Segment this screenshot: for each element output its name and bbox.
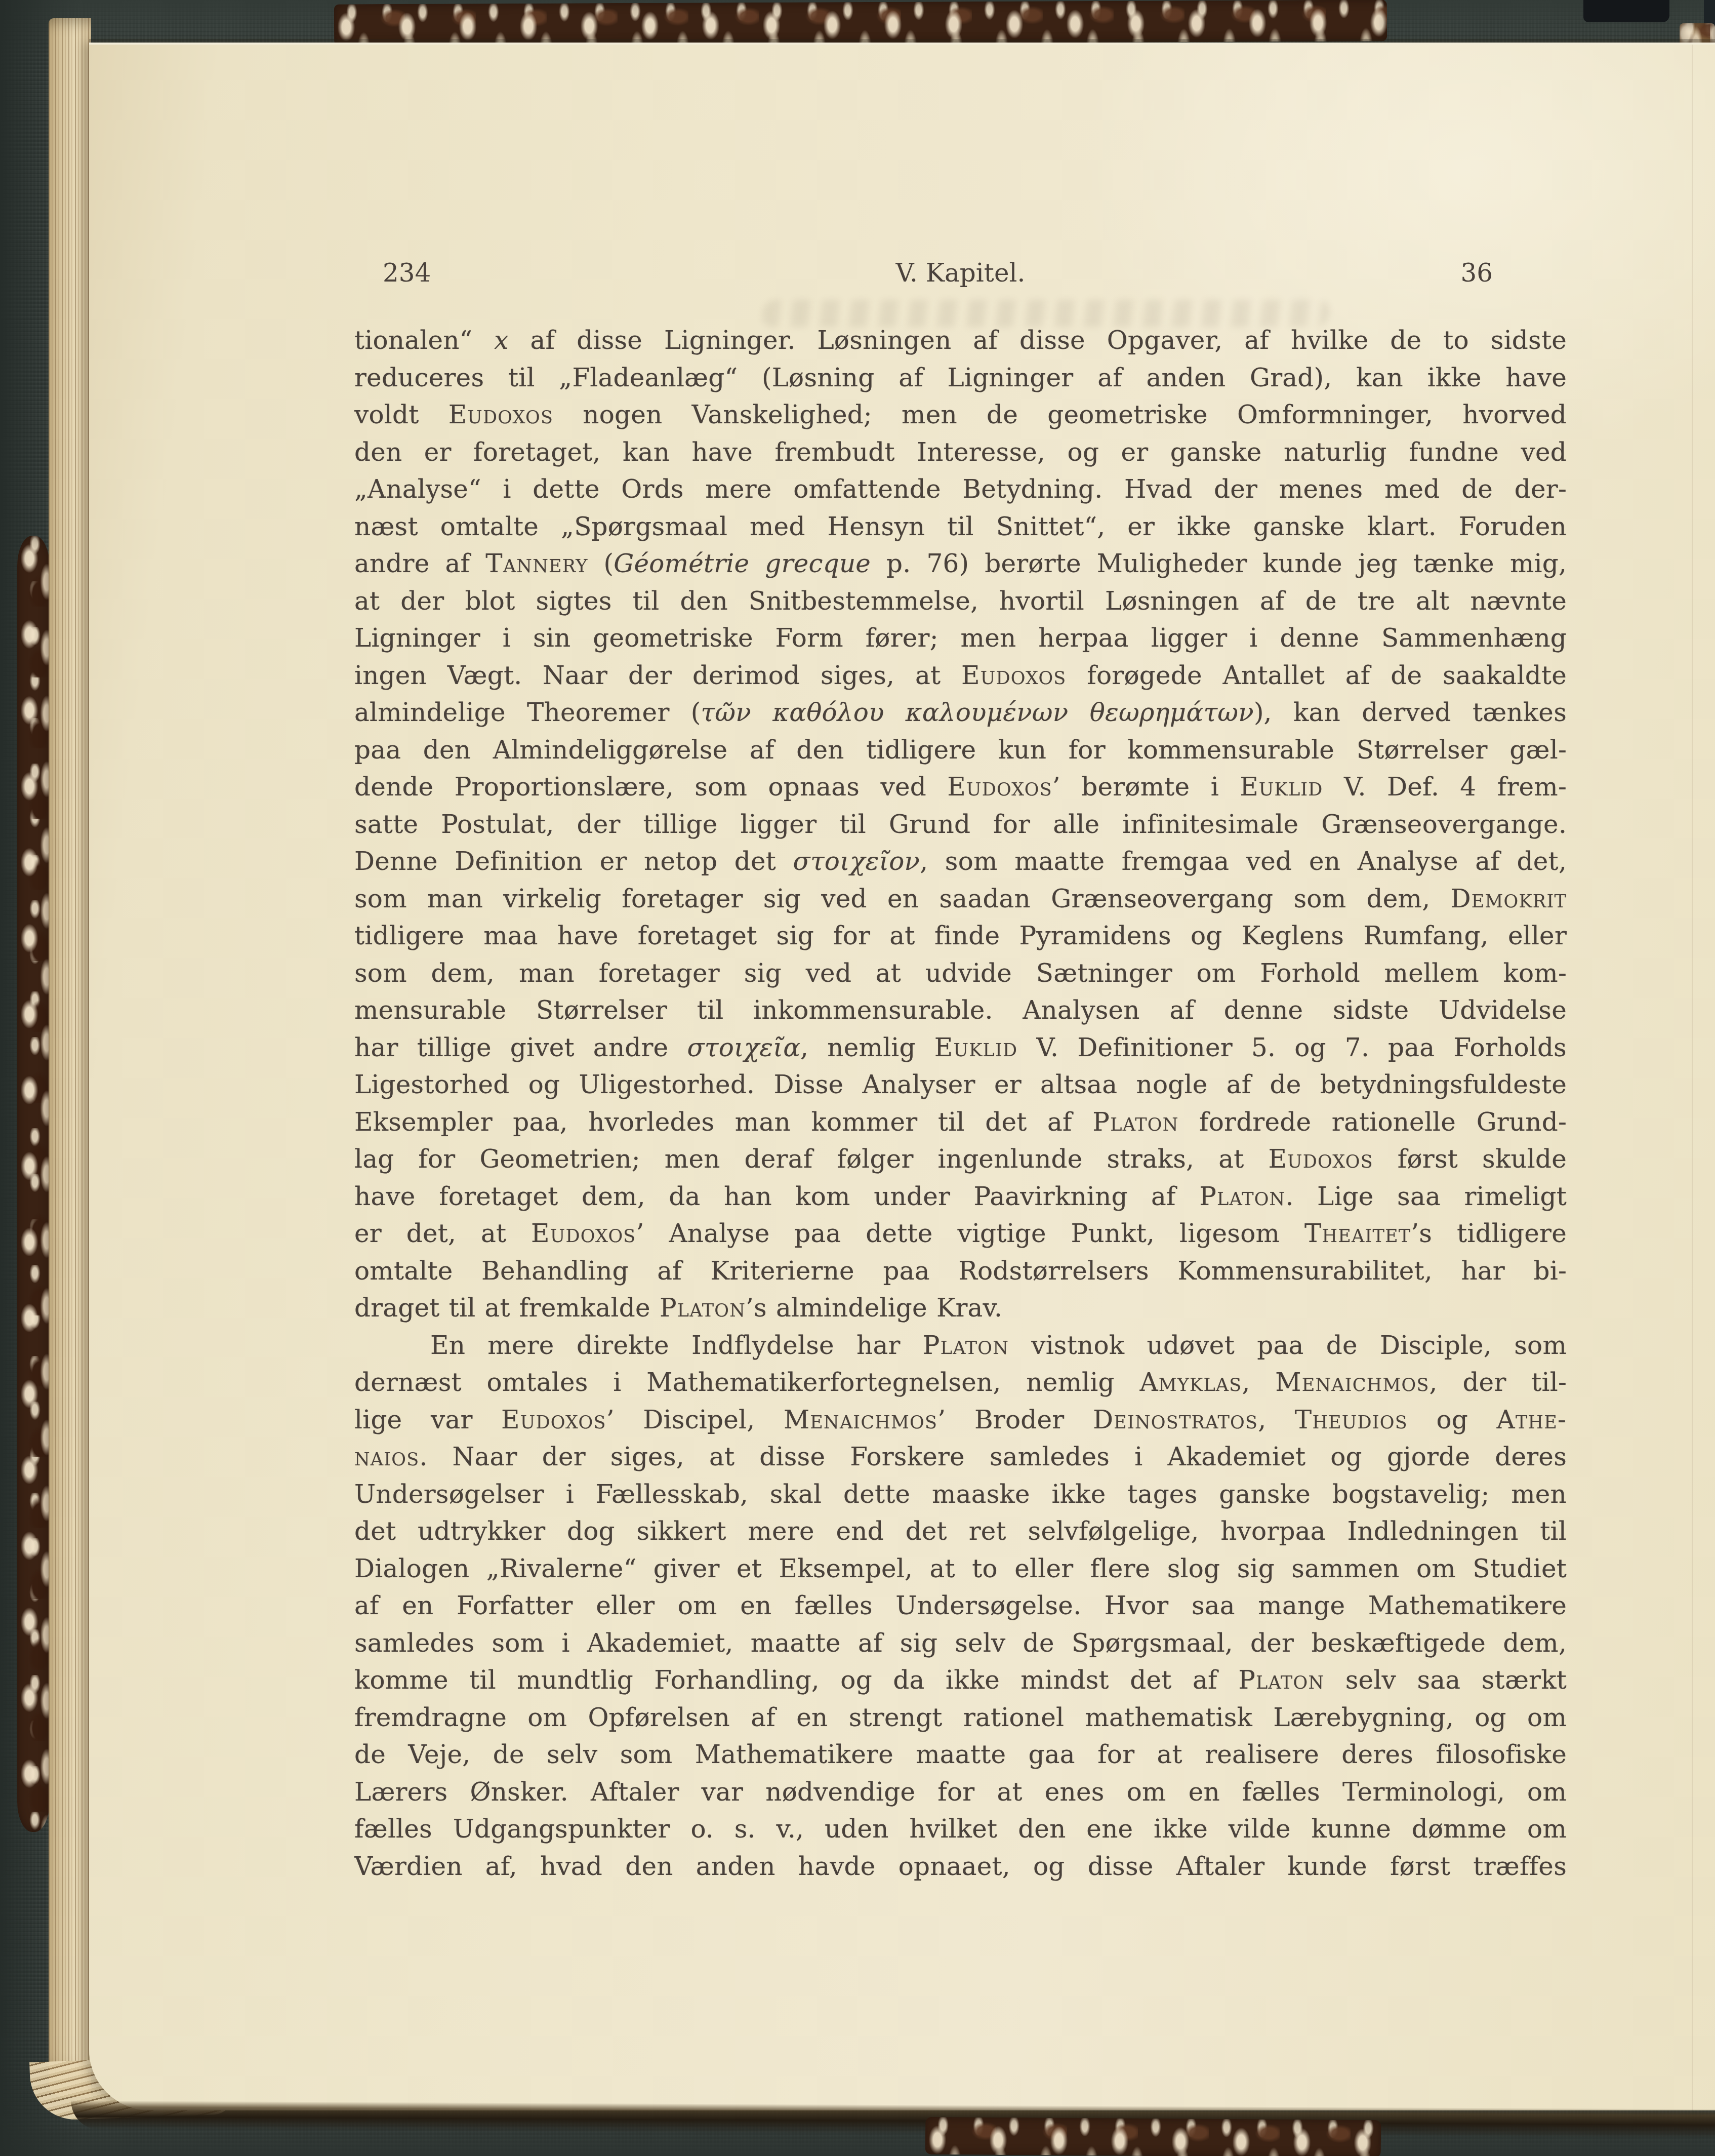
text-line: Dialogen „Rivalerne“ giver et Eksempel, … <box>354 1550 1567 1588</box>
text-segment: dende Proportionslære, som opnaas ved <box>354 772 947 802</box>
text-segment: . Lige saa rimeligt <box>1285 1182 1567 1211</box>
text-line: lag for Geometrien; men deraf følger ing… <box>354 1141 1567 1178</box>
text-segment: Eksempler paa, hvorledes man kommer til … <box>354 1107 1092 1137</box>
text-segment: som dem, man foretager sig ved at udvide… <box>354 959 1567 988</box>
text-line: Eksempler paa, hvorledes man kommer til … <box>354 1104 1567 1141</box>
italic-text: στοιχεῖον <box>793 847 920 876</box>
text-segment: Lærers Ønsker. Aftaler var nødvendige fo… <box>354 1777 1567 1807</box>
text-line: dernæst omtales i Mathematikerfortegnels… <box>354 1364 1567 1402</box>
name-smallcaps: Tannery <box>485 549 588 578</box>
text-line: Ligninger i sin geometriske Form fører; … <box>354 620 1567 657</box>
text-line: næst omtalte „Spørgsmaal med Hensyn til … <box>354 508 1567 546</box>
text-segment: nogen Vanskelighed; men de geometriske O… <box>553 400 1567 429</box>
italic-text: στοιχεῖα <box>687 1033 801 1062</box>
text-segment: tionalen“ <box>354 326 494 355</box>
text-line: af en Forfatter eller om en fælles Under… <box>354 1587 1567 1625</box>
text-segment: ’s almindelige Krav. <box>746 1293 1002 1323</box>
text-line: mensurable Størrelser til inkommensurabl… <box>354 992 1567 1029</box>
name-smallcaps: Athe- <box>1497 1405 1567 1434</box>
running-header: 234 V. Kapitel. 36 <box>354 258 1567 295</box>
name-smallcaps: Euklid <box>1240 772 1323 802</box>
text-line: fælles Udgangspunkter o. s. v., uden hvi… <box>354 1811 1567 1848</box>
name-smallcaps: Platon <box>1238 1665 1324 1695</box>
text-segment: reduceres til „Fladeanlæg“ (Løsning af L… <box>354 363 1567 392</box>
text-segment: forøgede Antallet af de saakaldte <box>1067 661 1567 690</box>
text-line: tidligere maa have foretaget sig for at … <box>354 917 1567 955</box>
text-line: Ligestorhed og Uligestorhed. Disse Analy… <box>354 1066 1567 1104</box>
text-segment: ), kan derved tænkes <box>1254 698 1567 727</box>
book-scene: 234 V. Kapitel. 36 tionalen“ x af disse … <box>0 0 1715 2156</box>
text-segment: V. Def. 4 frem- <box>1323 772 1567 802</box>
text-segment: er det, at <box>354 1219 531 1248</box>
text-line: tionalen“ x af disse Ligninger. Løsninge… <box>354 322 1567 360</box>
text-segment: V. Definitioner 5. og 7. paa Forholds <box>1017 1033 1567 1062</box>
text-segment: vistnok udøvet paa de Disciple, som <box>1009 1331 1567 1360</box>
name-smallcaps: Demokrit <box>1451 884 1567 913</box>
text-block: tionalen“ x af disse Ligninger. Løsninge… <box>354 322 1567 1885</box>
text-segment: næst omtalte „Spørgsmaal med Hensyn til … <box>354 512 1567 541</box>
text-segment: omtalte Behandling af Kriterierne paa Ro… <box>354 1256 1567 1286</box>
text-segment: paa den Almindeliggørelse af den tidlige… <box>354 735 1567 765</box>
text-segment: først skulde <box>1373 1144 1567 1174</box>
text-line: paa den Almindeliggørelse af den tidlige… <box>354 732 1567 769</box>
text-line: lige var Eudoxos’ Discipel, Menaichmos’ … <box>354 1402 1567 1439</box>
text-line: som dem, man foretager sig ved at udvide… <box>354 955 1567 992</box>
text-line: de Veje, de selv som Mathematikere maatt… <box>354 1736 1567 1774</box>
text-line: naios. Naar der siges, at disse Forskere… <box>354 1439 1567 1476</box>
text-segment: ’ berømte i <box>1052 772 1240 802</box>
text-segment: voldt <box>354 400 448 429</box>
text-line: almindelige Theoremer (τῶν καθόλου καλου… <box>354 694 1567 732</box>
text-segment: „Analyse“ i dette Ords mere omfattende B… <box>354 474 1567 504</box>
text-segment: mensurable Størrelser til inkommensurabl… <box>354 995 1567 1025</box>
text-line: andre af Tannery (Géométrie grecque p. 7… <box>354 545 1567 583</box>
italic-text: τῶν καθόλου καλουμένων θεωρημάτων <box>701 698 1253 727</box>
text-segment: p. 76) berørte Muligheder kunde jeg tænk… <box>871 549 1567 578</box>
name-smallcaps: Eudoxos <box>501 1405 606 1434</box>
text-line: fremdragne om Opførelsen af en strengt r… <box>354 1699 1567 1737</box>
text-segment: Værdien af, hvad den anden havde opnaaet… <box>354 1852 1567 1881</box>
name-smallcaps: Menaichmos <box>784 1405 937 1434</box>
chapter-title: V. Kapitel. <box>354 258 1567 288</box>
marble-paper-bottom-edge <box>925 2117 1381 2156</box>
text-segment: Undersøgelser i Fællesskab, skal dette m… <box>354 1480 1567 1509</box>
text-segment: fordrede rationelle Grund- <box>1178 1107 1567 1137</box>
text-segment: det udtrykker dog sikkert mere end det r… <box>354 1516 1567 1546</box>
name-smallcaps: Euklid <box>934 1033 1017 1062</box>
text-segment: at der blot sigtes til den Snitbestemmel… <box>354 586 1567 616</box>
name-smallcaps: Platon <box>923 1331 1009 1360</box>
text-segment: Dialogen „Rivalerne“ giver et Eksempel, … <box>354 1554 1567 1583</box>
text-segment: den er foretaget, kan have frembudt Inte… <box>354 437 1567 467</box>
text-line: omtalte Behandling af Kriterierne paa Ro… <box>354 1253 1567 1290</box>
book-photo-root: { "header": { "page_number_left": "234",… <box>0 0 1715 2156</box>
name-smallcaps: Platon <box>1199 1182 1285 1211</box>
page-edges-stack <box>49 18 91 2097</box>
text-segment: tidligere maa have foretaget sig for at … <box>354 921 1567 950</box>
text-segment: , nemlig <box>800 1033 934 1062</box>
text-segment: har tillige givet andre <box>354 1033 687 1062</box>
text-line: reduceres til „Fladeanlæg“ (Løsning af L… <box>354 360 1567 397</box>
name-smallcaps: Theudios <box>1295 1405 1408 1434</box>
text-line: som man virkelig foretager sig ved en sa… <box>354 881 1567 918</box>
text-line: draget til at fremkalde Platon’s alminde… <box>354 1290 1567 1327</box>
text-line: har tillige givet andre στοιχεῖα, nemlig… <box>354 1029 1567 1067</box>
text-segment: draget til at fremkalde <box>354 1293 660 1323</box>
text-line: Undersøgelser i Fællesskab, skal dette m… <box>354 1476 1567 1513</box>
sheet-number-right: 36 <box>1460 258 1493 288</box>
cover-top-right-dark-notch <box>1583 0 1669 22</box>
text-segment: Ligestorhed og Uligestorhed. Disse Analy… <box>354 1070 1567 1099</box>
name-smallcaps: naios <box>354 1442 419 1471</box>
marble-paper-top-edge <box>334 0 1387 46</box>
italic-text: x <box>494 326 508 355</box>
text-segment: En mere direkte Indflydelse har <box>430 1331 923 1360</box>
text-line: Lærers Ønsker. Aftaler var nødvendige fo… <box>354 1774 1567 1811</box>
text-segment: andre af <box>354 549 485 578</box>
text-line: voldt Eudoxos nogen Vanskelighed; men de… <box>354 396 1567 434</box>
text-line: dende Proportionslære, som opnaas ved Eu… <box>354 769 1567 806</box>
text-line: Værdien af, hvad den anden havde opnaaet… <box>354 1848 1567 1886</box>
name-smallcaps: Eudoxos <box>531 1219 636 1248</box>
text-line: er det, at Eudoxos’ Analyse paa dette vi… <box>354 1215 1567 1253</box>
name-smallcaps: Eudoxos <box>947 772 1052 802</box>
italic-text: Géométrie grecque <box>614 549 871 578</box>
text-segment: fremdragne om Opførelsen af en strengt r… <box>354 1703 1567 1732</box>
text-segment: dernæst omtales i Mathematikerfortegnels… <box>354 1368 1139 1397</box>
text-line: komme til mundtlig Forhandling, og da ik… <box>354 1662 1567 1699</box>
text-line: at der blot sigtes til den Snitbestemmel… <box>354 583 1567 620</box>
book-page: 234 V. Kapitel. 36 tionalen“ x af disse … <box>89 43 1715 2110</box>
text-segment: fælles Udgangspunkter o. s. v., uden hvi… <box>354 1814 1567 1844</box>
text-line: samledes som i Akademiet, maatte af sig … <box>354 1625 1567 1662</box>
text-segment: ’ Broder <box>937 1405 1093 1434</box>
text-segment: ’s tidligere <box>1411 1219 1567 1248</box>
text-segment: og <box>1408 1405 1497 1434</box>
text-segment: satte Postulat, der tillige ligger til G… <box>354 810 1567 839</box>
name-smallcaps: Menaichmos <box>1275 1368 1429 1397</box>
text-line: have foretaget dem, da han kom under Paa… <box>354 1178 1567 1216</box>
text-segment: , <box>1258 1405 1295 1434</box>
text-segment: Ligninger i sin geometriske Form fører; … <box>354 623 1567 653</box>
text-segment: som man virkelig foretager sig ved en sa… <box>354 884 1451 913</box>
name-smallcaps: Theaitet <box>1304 1219 1411 1248</box>
text-line: satte Postulat, der tillige ligger til G… <box>354 806 1567 844</box>
text-segment: de Veje, de selv som Mathematikere maatt… <box>354 1740 1567 1769</box>
text-line: ingen Vægt. Naar der derimod siges, at E… <box>354 657 1567 695</box>
text-segment: , som maatte fremgaa ved en Analyse af d… <box>920 847 1567 876</box>
text-segment: ( <box>588 549 614 578</box>
text-segment: lige var <box>354 1405 501 1434</box>
name-smallcaps: Eudoxos <box>961 661 1067 690</box>
text-line: det udtrykker dog sikkert mere end det r… <box>354 1513 1567 1550</box>
name-smallcaps: Eudoxos <box>448 400 554 429</box>
text-segment: . Naar der siges, at disse Forskere saml… <box>419 1442 1567 1471</box>
name-smallcaps: Eudoxos <box>1268 1144 1373 1174</box>
text-segment: , der til- <box>1430 1368 1567 1397</box>
text-segment: , <box>1242 1368 1276 1397</box>
text-segment: af en Forfatter eller om en fælles Under… <box>354 1591 1567 1620</box>
text-segment: ’ Analyse paa dette vigtige Punkt, liges… <box>636 1219 1304 1248</box>
name-smallcaps: Deinostratos <box>1093 1405 1258 1434</box>
text-segment: have foretaget dem, da han kom under Paa… <box>354 1182 1199 1211</box>
text-segment: selv saa stærkt <box>1324 1665 1567 1695</box>
text-segment: ingen Vægt. Naar der derimod siges, at <box>354 661 961 690</box>
text-segment: komme til mundtlig Forhandling, og da ik… <box>354 1665 1238 1695</box>
text-segment: samledes som i Akademiet, maatte af sig … <box>354 1628 1567 1658</box>
text-line: „Analyse“ i dette Ords mere omfattende B… <box>354 471 1567 508</box>
text-line: En mere direkte Indflydelse har Platon v… <box>354 1327 1567 1365</box>
text-segment: lag for Geometrien; men deraf følger ing… <box>354 1144 1268 1174</box>
name-smallcaps: Platon <box>660 1293 746 1323</box>
marble-paper-left-edge <box>17 536 50 1832</box>
name-smallcaps: Platon <box>1092 1107 1178 1137</box>
text-segment: Denne Definition er netop det <box>354 847 793 876</box>
text-segment: ’ Discipel, <box>606 1405 784 1434</box>
text-line: den er foretaget, kan have frembudt Inte… <box>354 434 1567 471</box>
name-smallcaps: Amyklas <box>1139 1368 1242 1397</box>
text-segment: almindelige Theoremer ( <box>354 698 701 727</box>
text-line: Denne Definition er netop det στοιχεῖον,… <box>354 843 1567 881</box>
text-segment: af disse Ligninger. Løsningen af disse O… <box>509 326 1567 355</box>
